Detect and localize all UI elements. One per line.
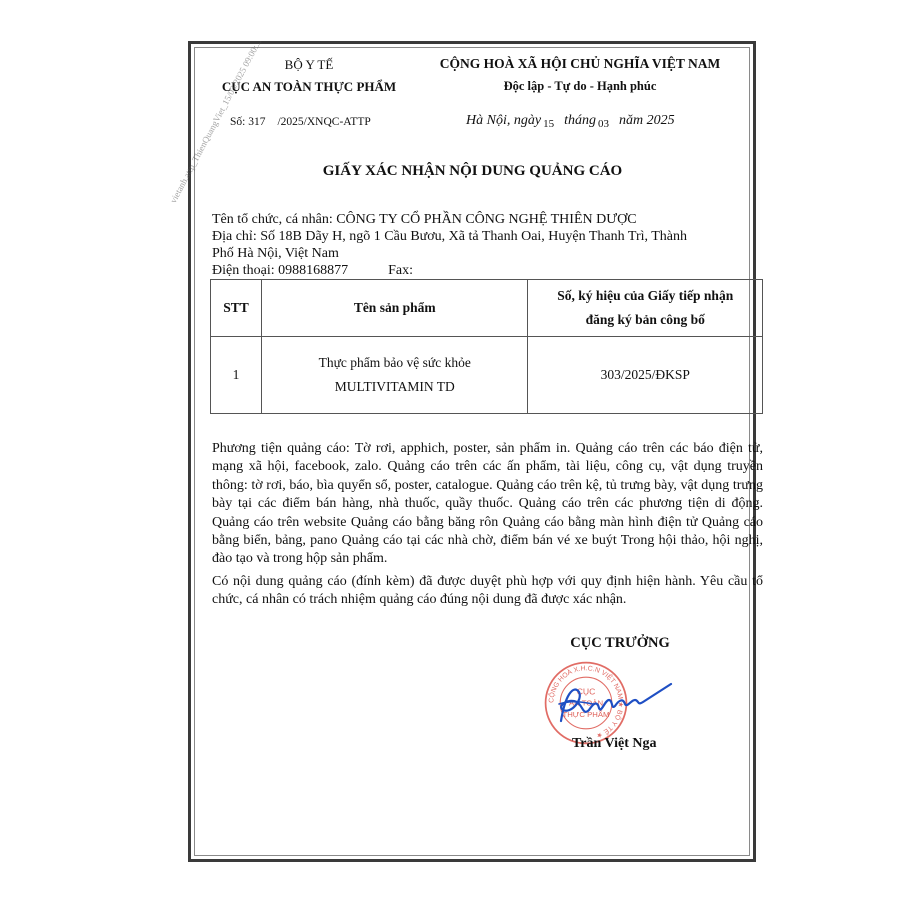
- header-registration: Số, ký hiệu của Giấy tiếp nhận đăng ký b…: [528, 280, 763, 337]
- phone: Điện thoại: 0988168877: [212, 263, 348, 278]
- nation-title: CỘNG HOÀ XÃ HỘI CHỦ NGHĨA VIỆT NAM: [420, 56, 740, 72]
- header-product-name: Tên sản phẩm: [261, 280, 528, 337]
- table-header-row: STT Tên sản phẩm Số, ký hiệu của Giấy ti…: [211, 280, 763, 337]
- product-table: STT Tên sản phẩm Số, ký hiệu của Giấy ti…: [210, 279, 763, 414]
- signatory-name: Trần Việt Nga: [572, 736, 657, 752]
- document-title: GIẤY XÁC NHẬN NỘI DUNG QUẢNG CÁO: [200, 163, 745, 180]
- advertising-media-paragraph: Phương tiện quảng cáo: Tờ rơi, apphich, …: [212, 440, 763, 569]
- applicant-name: Tên tổ chức, cá nhân: CÔNG TY CỔ PHẦN CÔ…: [212, 212, 637, 228]
- department-name: CỤC AN TOÀN THỰC PHẨM: [214, 79, 404, 95]
- cell-registration: 303/2025/ĐKSP: [528, 337, 763, 414]
- cell-product-name: Thực phẩm bảo vệ sức khỏe MULTIVITAMIN T…: [261, 337, 528, 414]
- fax: Fax:: [388, 263, 413, 278]
- applicant-address-line2: Phố Hà Nội, Việt Nam: [212, 246, 339, 262]
- cell-stt: 1: [211, 337, 262, 414]
- applicant-contact: Điện thoại: 0988168877Fax:: [212, 263, 413, 279]
- issue-date: Hà Nội, ngày15tháng03năm 2025: [466, 113, 675, 130]
- table-row: 1 Thực phẩm bảo vệ sức khỏe MULTIVITAMIN…: [211, 337, 763, 414]
- national-motto: Độc lập - Tự do - Hạnh phúc: [420, 79, 740, 94]
- applicant-address-line1: Địa chỉ: Số 18B Dãy H, ngõ 1 Cầu Bươu, X…: [212, 229, 687, 245]
- header-stt: STT: [211, 280, 262, 337]
- signatory-title: CỤC TRƯỞNG: [520, 635, 720, 652]
- document-number: Số: 317/2025/XNQC-ATTP: [230, 116, 371, 128]
- approval-paragraph: Có nội dung quảng cáo (đính kèm) đã được…: [212, 573, 763, 610]
- handwritten-signature-icon: [553, 666, 673, 736]
